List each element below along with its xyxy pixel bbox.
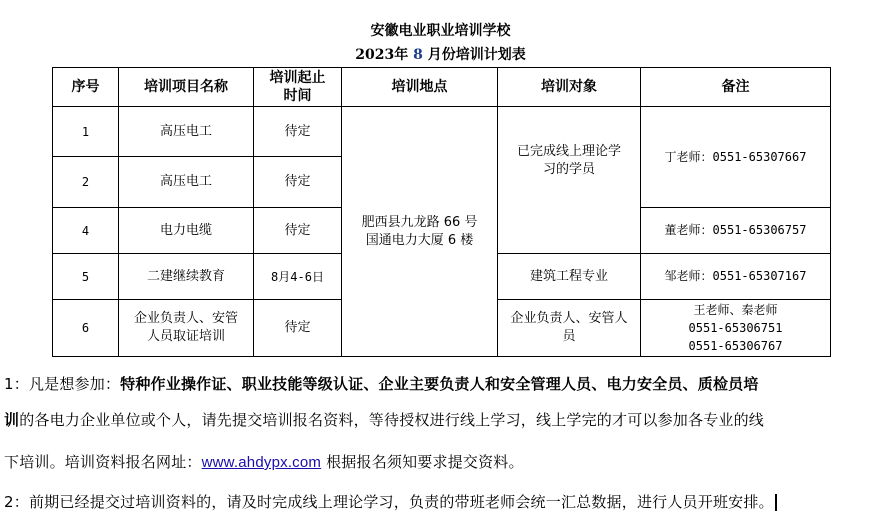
notes-cell-ding: 丁老师：0551-65307667 [641,107,831,208]
row-name: 二建继续教育 [119,254,254,300]
row-name: 高压电工 [119,107,254,157]
row-time: 待定 [254,208,342,254]
col-header-target: 培训对象 [498,68,641,107]
target-cell-construction: 建筑工程专业 [498,254,641,300]
note-2: 2：前期已经提交过培训资料的，请及时完成线上理论学习，负责的带班老师会统一汇总数… [4,492,880,512]
note-1-line-2: 训的各电力企业单位或个人，请先提交培训报名资料，等待授权进行线上学习，线上学完的… [4,410,880,430]
plan-title-month: 8 [413,47,423,63]
note-1-line-1: 1：凡是想参加：特种作业操作证、职业技能等级认证、企业主要负责人和安全管理人员、… [4,374,880,394]
row-no: 2 [53,157,119,208]
note-1-line-3: 下培训。培训资料报名网址：www.ahdypx.com 根据报名须知要求提交资料… [4,452,880,473]
school-title: 安徽电业职业培训学校 [0,20,881,40]
plan-title-suffix: 月份培训计划表 [428,47,526,63]
target-cell-online: 已完成线上理论学习的学员 [498,107,641,254]
col-header-location: 培训地点 [342,68,498,107]
col-header-name: 培训项目名称 [119,68,254,107]
col-header-time: 培训起止时间 [254,68,342,107]
plan-title: 2023年 8 月份培训计划表 [0,44,881,64]
row-no: 6 [53,300,119,357]
row-no: 1 [53,107,119,157]
registration-url-link[interactable]: www.ahdypx.com [202,454,322,471]
row-no: 4 [53,208,119,254]
row-no: 5 [53,254,119,300]
row-name: 电力电缆 [119,208,254,254]
target-cell-managers: 企业负责人、安管人员 [498,300,641,357]
row-name: 企业负责人、安管人员取证培训 [119,300,254,357]
training-plan-table: 序号 培训项目名称 培训起止时间 培训地点 培训对象 备注 1 高压电工 待定 … [52,67,831,357]
row-time: 8月4-6日 [254,254,342,300]
row-time: 待定 [254,107,342,157]
notes-cell-dong: 董老师：0551-65306757 [641,208,831,254]
row-time: 待定 [254,300,342,357]
row-time: 待定 [254,157,342,208]
notes-cell-zou: 邹老师：0551-65307167 [641,254,831,300]
notes-cell-wang-qin: 王老师、秦老师0551-653067510551-65306767 [641,300,831,357]
text-cursor [775,494,777,511]
col-header-no: 序号 [53,68,119,107]
col-header-notes: 备注 [641,68,831,107]
table-row: 1 高压电工 待定 肥西县九龙路 66 号国通电力大厦 6 楼 已完成线上理论学… [53,107,831,157]
row-name: 高压电工 [119,157,254,208]
plan-title-year: 2023年 [355,47,408,63]
location-cell: 肥西县九龙路 66 号国通电力大厦 6 楼 [342,107,498,357]
table-header-row: 序号 培训项目名称 培训起止时间 培训地点 培训对象 备注 [53,68,831,107]
